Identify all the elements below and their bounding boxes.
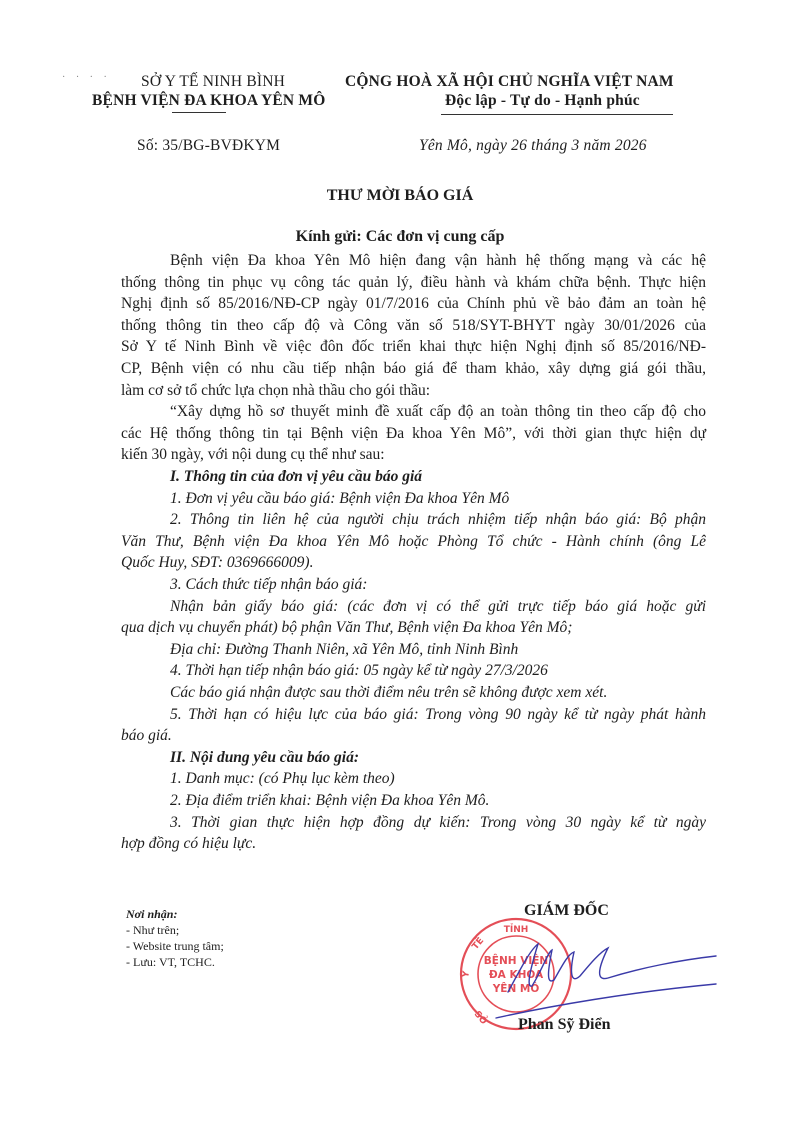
section-item: 3. Thời gian thực hiện hợp đồng dự kiến:… bbox=[121, 812, 706, 834]
section-item: Văn Thư, Bệnh viện Đa khoa Yên Mô hoặc P… bbox=[121, 531, 706, 553]
intro-line: làm cơ sở tổ chức lựa chọn nhà thầu cho … bbox=[121, 380, 706, 402]
section-item: 2. Địa điểm triển khai: Bệnh viện Đa kho… bbox=[121, 790, 706, 812]
section-item: 2. Thông tin liên hệ của người chịu trác… bbox=[121, 509, 706, 531]
place-and-date: Yên Mô, ngày 26 tháng 3 năm 2026 bbox=[419, 137, 647, 155]
intro-line: CP, Bệnh viện có nhu cầu tiếp nhận báo g… bbox=[121, 358, 706, 380]
section-item: 3. Cách thức tiếp nhận báo giá: bbox=[121, 574, 706, 596]
intro-line: Nghị định số 85/2016/NĐ-CP ngày 01/7/201… bbox=[121, 293, 706, 315]
motto-underline bbox=[441, 114, 673, 115]
recipient-item: - Lưu: VT, TCHC. bbox=[126, 954, 215, 970]
section-item: hợp đồng có hiệu lực. bbox=[121, 833, 706, 855]
intro-line: thống thông tin theo cấp độ và Công văn … bbox=[121, 315, 706, 337]
section-item: 5. Thời hạn có hiệu lực của báo giá: Tro… bbox=[121, 704, 706, 726]
intro-line: thống thông tin phục vụ công tác quản lý… bbox=[121, 272, 706, 294]
handwritten-signature bbox=[490, 930, 720, 1030]
package-line: “Xây dựng hồ sơ thuyết minh đề xuất cấp … bbox=[121, 401, 706, 423]
svg-text:Y: Y bbox=[461, 970, 472, 980]
section-item: 1. Danh mục: (có Phụ lục kèm theo) bbox=[121, 768, 706, 790]
recipients-label: Nơi nhận: bbox=[126, 906, 177, 922]
national-title: CỘNG HOÀ XÃ HỘI CHỦ NGHĨA VIỆT NAM bbox=[345, 73, 674, 91]
document-number: Số: 35/BG-BVĐKYM bbox=[137, 137, 280, 155]
package-line: kiến 30 ngày, với nội dung cụ thể như sa… bbox=[121, 444, 706, 466]
intro-line: Bệnh viện Đa khoa Yên Mô hiện đang vận h… bbox=[121, 250, 706, 272]
section-item: Các báo giá nhận được sau thời điểm nêu … bbox=[121, 682, 706, 704]
section-heading: II. Nội dung yêu cầu báo giá: bbox=[121, 747, 706, 769]
section-item: Nhận bản giấy báo giá: (các đơn vị có th… bbox=[121, 596, 706, 618]
recipient-item: - Như trên; bbox=[126, 922, 179, 938]
document-title: THƯ MỜI BÁO GIÁ bbox=[0, 187, 800, 205]
recipient-item: - Website trung tâm; bbox=[126, 938, 224, 954]
hospital-name: BỆNH VIỆN ĐA KHOA YÊN MÔ bbox=[92, 92, 325, 110]
section-item: Địa chỉ: Đường Thanh Niên, xã Yên Mô, tỉ… bbox=[121, 639, 706, 661]
section-item: báo giá. bbox=[121, 725, 706, 747]
section-item: 1. Đơn vị yêu cầu báo giá: Bệnh viện Đa … bbox=[121, 488, 706, 510]
salutation: Kính gửi: Các đơn vị cung cấp bbox=[0, 228, 800, 246]
section-heading: I. Thông tin của đơn vị yêu cầu báo giá bbox=[121, 466, 706, 488]
section-item: 4. Thời hạn tiếp nhận báo giá: 05 ngày k… bbox=[121, 660, 706, 682]
section-item: Quốc Huy, SĐT: 0369666009). bbox=[121, 552, 706, 574]
intro-line: Sở Y tế Ninh Bình về việc đôn đốc triển … bbox=[121, 336, 706, 358]
hospital-name-underline bbox=[172, 112, 226, 113]
section-item: qua dịch vụ chuyển phát) bộ phận Văn Thư… bbox=[121, 617, 706, 639]
agency-name: SỞ Y TẾ NINH BÌNH bbox=[141, 73, 285, 91]
national-motto: Độc lập - Tự do - Hạnh phúc bbox=[445, 92, 640, 110]
scan-artifact: · · · · bbox=[62, 72, 111, 83]
signer-name: Phan Sỹ Điển bbox=[518, 1016, 610, 1034]
package-line: các Hệ thống thông tin tại Bệnh viện Đa … bbox=[121, 423, 706, 445]
